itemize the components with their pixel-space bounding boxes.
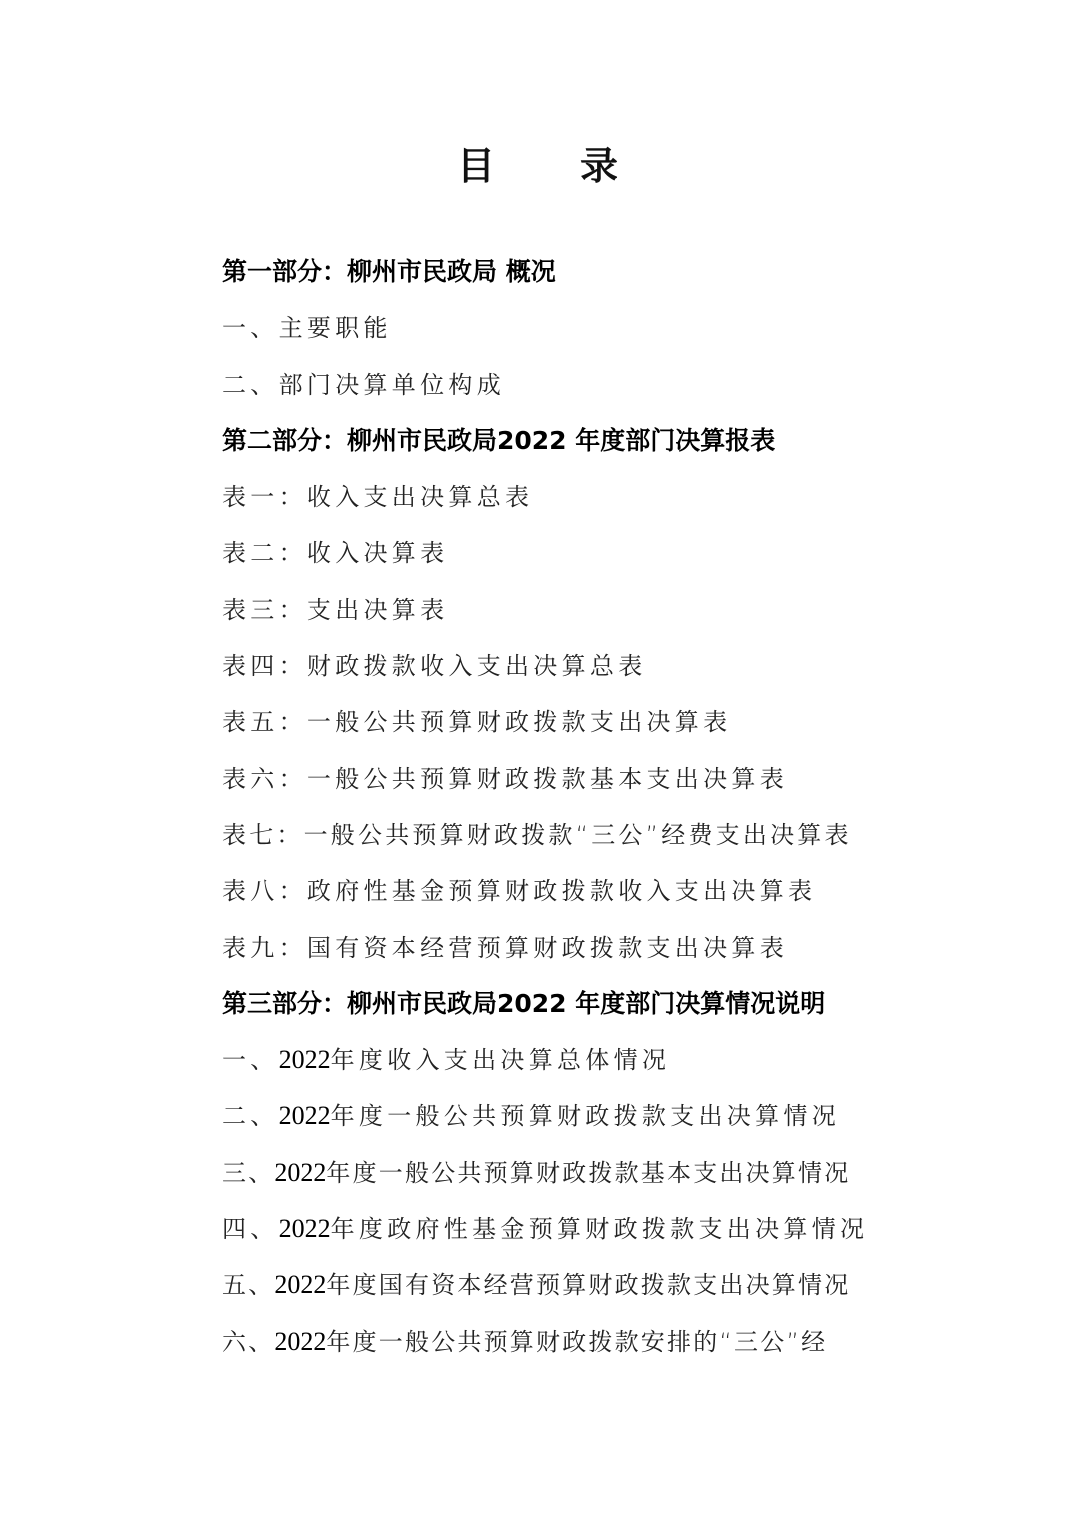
toc-item: 表八：政府性基金预算财政拨款收入支出决算表 bbox=[222, 869, 942, 925]
toc-item-text: 年度国有资本经营预算财政拨款支出决算情况 bbox=[326, 1271, 850, 1299]
toc-item-text: 年度政府性基金预算财政拨款支出决算情况 bbox=[331, 1215, 869, 1243]
toc-item: 一、2022年度收入支出决算总体情况 bbox=[222, 1038, 942, 1094]
toc-item-text: 年度一般公共预算财政拨款基本支出决算情况 bbox=[326, 1159, 850, 1187]
toc-item: 表五：一般公共预算财政拨款支出决算表 bbox=[222, 700, 942, 756]
toc-part-heading: 第一部分：柳州市民政局 概况 bbox=[222, 250, 942, 306]
toc-item-year: 2022 bbox=[274, 1270, 326, 1299]
table-of-contents: 第一部分：柳州市民政局 概况 一、主要职能 二、部门决算单位构成 第二部分：柳州… bbox=[222, 250, 942, 1376]
toc-item-prefix: 五、 bbox=[222, 1271, 274, 1299]
toc-item-text: 年度一般公共预算财政拨款安排的“三公”经 bbox=[326, 1328, 827, 1356]
toc-item-prefix: 六、 bbox=[222, 1328, 274, 1356]
title-char-right: 录 bbox=[580, 135, 618, 190]
toc-item-text: 年度一般公共预算财政拨款支出决算情况 bbox=[331, 1102, 840, 1130]
toc-item: 二、部门决算单位构成 bbox=[222, 363, 942, 419]
toc-item: 一、主要职能 bbox=[222, 306, 942, 362]
toc-item-prefix: 三、 bbox=[222, 1159, 274, 1187]
toc-item: 四、2022年度政府性基金预算财政拨款支出决算情况 bbox=[222, 1207, 942, 1263]
toc-item-prefix: 二、 bbox=[222, 1102, 279, 1130]
toc-item: 表六：一般公共预算财政拨款基本支出决算表 bbox=[222, 757, 942, 813]
toc-item: 表四：财政拨款收入支出决算总表 bbox=[222, 644, 942, 700]
title-char-left: 目 bbox=[457, 135, 495, 190]
toc-item: 表二：收入决算表 bbox=[222, 531, 942, 587]
toc-item-year: 2022 bbox=[274, 1158, 326, 1187]
toc-part-heading: 第二部分：柳州市民政局2022 年度部门决算报表 bbox=[222, 419, 942, 475]
toc-item: 二、2022年度一般公共预算财政拨款支出决算情况 bbox=[222, 1094, 942, 1150]
toc-item-year: 2022 bbox=[279, 1214, 331, 1243]
toc-item: 表七：一般公共预算财政拨款“三公”经费支出决算表 bbox=[222, 813, 942, 869]
toc-item-year: 2022 bbox=[279, 1045, 331, 1074]
page-title: 目录 bbox=[0, 135, 1075, 190]
toc-item: 表九：国有资本经营预算财政拨款支出决算表 bbox=[222, 926, 942, 982]
toc-item: 表一：收入支出决算总表 bbox=[222, 475, 942, 531]
toc-item-text: 年度收入支出决算总体情况 bbox=[331, 1046, 671, 1074]
toc-part-heading: 第三部分：柳州市民政局2022 年度部门决算情况说明 bbox=[222, 982, 942, 1038]
toc-item-year: 2022 bbox=[274, 1327, 326, 1356]
toc-item-prefix: 四、 bbox=[222, 1215, 279, 1243]
toc-item: 表三：支出决算表 bbox=[222, 588, 942, 644]
toc-item-year: 2022 bbox=[279, 1101, 331, 1130]
toc-item: 五、2022年度国有资本经营预算财政拨款支出决算情况 bbox=[222, 1263, 942, 1319]
toc-item: 三、2022年度一般公共预算财政拨款基本支出决算情况 bbox=[222, 1151, 942, 1207]
toc-item-prefix: 一、 bbox=[222, 1046, 279, 1074]
toc-item: 六、2022年度一般公共预算财政拨款安排的“三公”经 bbox=[222, 1320, 942, 1376]
